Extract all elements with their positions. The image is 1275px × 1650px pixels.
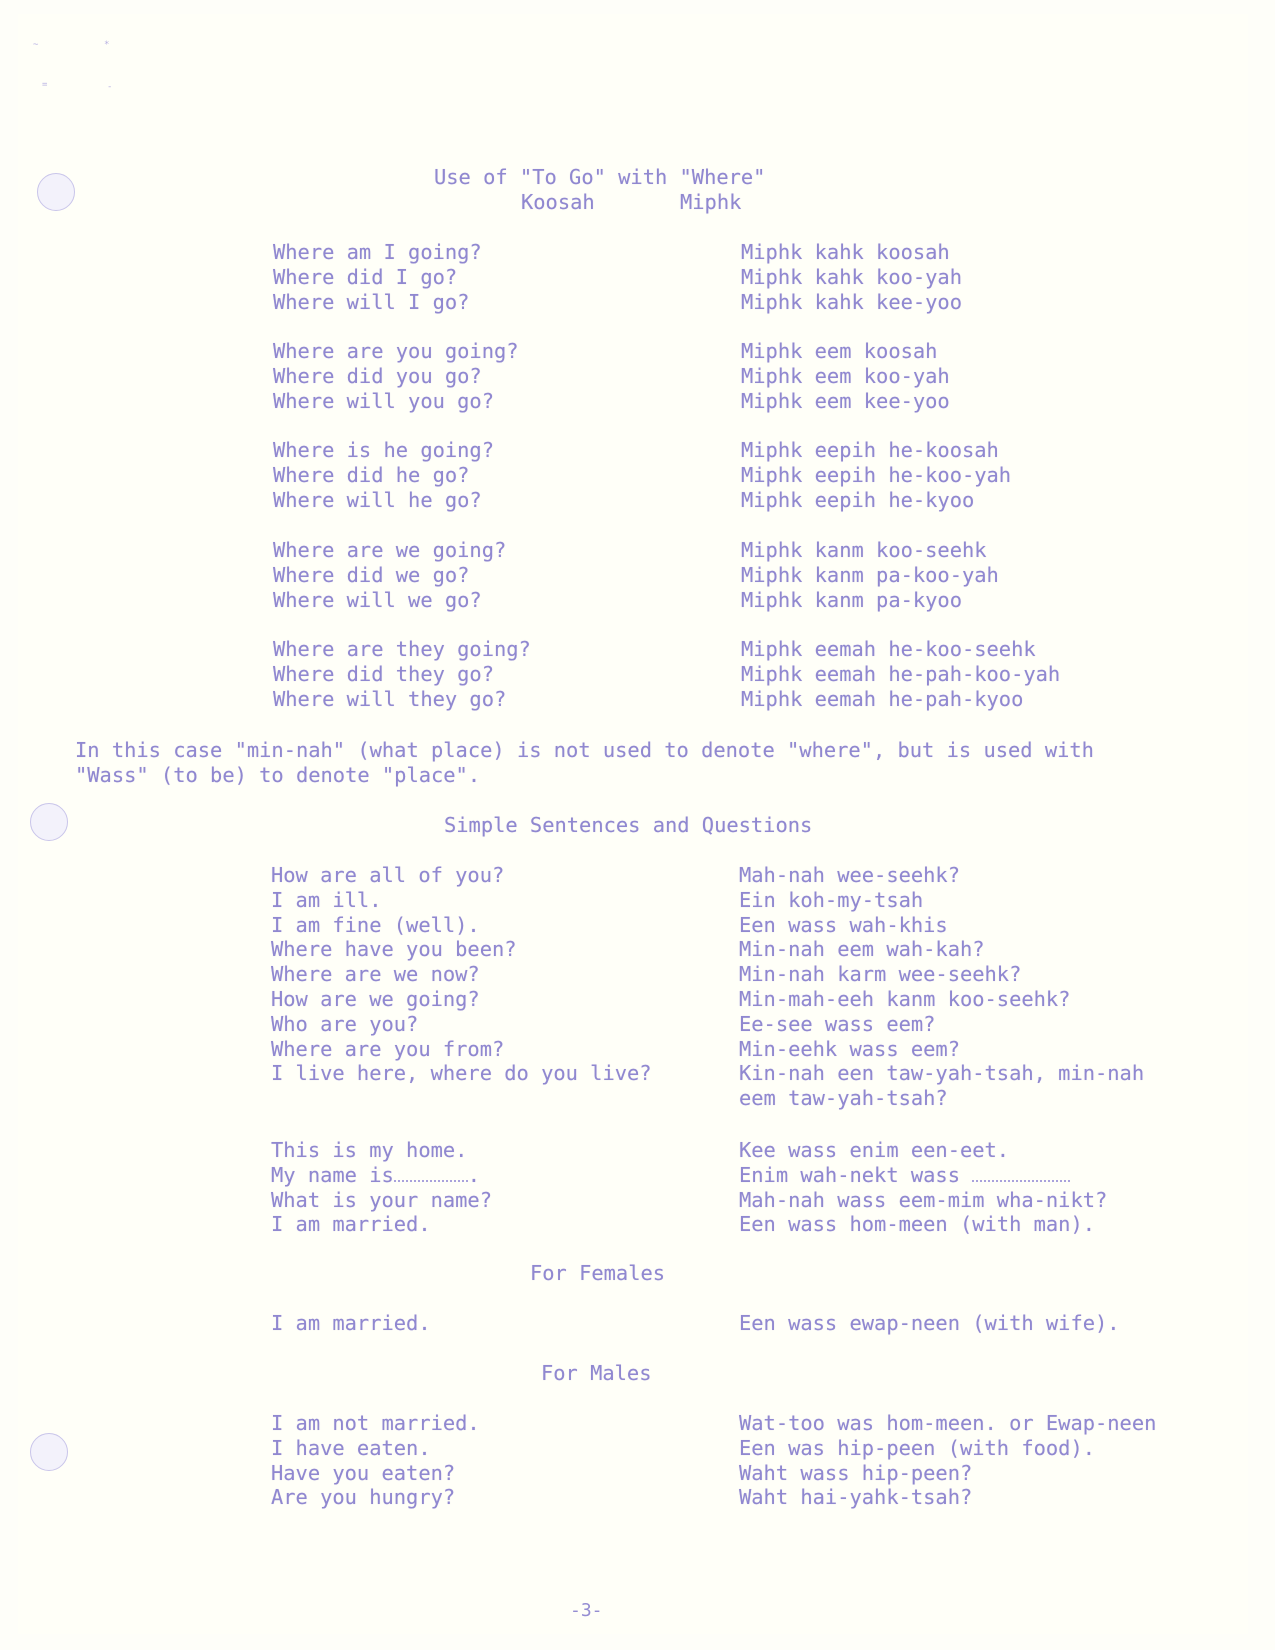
translation-phrase: Mah-nah wee-seehk? bbox=[739, 863, 960, 888]
english-phrase: My name is. bbox=[271, 1163, 480, 1188]
translation-phrase: Een was hip-peen (with food). bbox=[739, 1436, 1095, 1461]
english-phrase: Where are they going? bbox=[273, 637, 531, 662]
english-phrase: Where are we going? bbox=[273, 538, 506, 563]
translation-phrase: Miphk kahk koosah bbox=[741, 240, 950, 265]
english-phrase: Where will they go? bbox=[273, 687, 506, 712]
note-line-1: In this case "min-nah" (what place) is n… bbox=[75, 738, 1094, 763]
translation-phrase: Kee wass enim een-eet. bbox=[739, 1138, 1009, 1163]
translation-phrase: Ein koh-my-tsah bbox=[739, 888, 923, 913]
subtitle-miphk: Miphk bbox=[680, 190, 741, 215]
fill-in-blank bbox=[394, 1179, 468, 1182]
english-phrase: How are all of you? bbox=[271, 863, 504, 888]
page-number: -3- bbox=[570, 1600, 603, 1621]
translation-phrase: Kin-nah een taw-yah-tsah, min-nah bbox=[739, 1061, 1144, 1086]
translation-phrase: Min-nah karm wee-seehk? bbox=[739, 962, 1021, 987]
english-phrase: Where will I go? bbox=[273, 290, 469, 315]
translation-phrase: Miphk eepih he-koosah bbox=[741, 438, 999, 463]
translation-phrase: Een wass hom-meen (with man). bbox=[739, 1212, 1095, 1237]
translation-phrase: Min-eehk wass eem? bbox=[739, 1037, 960, 1062]
translation-phrase: Miphk eemah he-koo-seehk bbox=[741, 637, 1036, 662]
english-phrase: Where are we now? bbox=[271, 962, 480, 987]
translation-phrase: Waht hai-yahk-tsah? bbox=[739, 1485, 972, 1510]
english-phrase: I live here, where do you live? bbox=[271, 1061, 652, 1086]
translation-phrase-continued: eem taw-yah-tsah? bbox=[739, 1086, 948, 1111]
english-phrase: Where did they go? bbox=[273, 662, 494, 687]
english-phrase: Are you hungry? bbox=[271, 1485, 455, 1510]
translation-phrase: Miphk eem kee-yoo bbox=[741, 389, 950, 414]
english-phrase: I am married. bbox=[271, 1212, 431, 1237]
english-phrase: How are we going? bbox=[271, 987, 480, 1012]
english-phrase: Where will he go? bbox=[273, 488, 482, 513]
translation-phrase: Miphk eem koosah bbox=[741, 339, 937, 364]
subtitle-koosah: Koosah bbox=[521, 190, 595, 215]
english-phrase: Where did he go? bbox=[273, 463, 469, 488]
english-phrase: Where did we go? bbox=[273, 563, 469, 588]
translation-phrase: Miphk eem koo-yah bbox=[741, 364, 950, 389]
fill-in-blank bbox=[972, 1179, 1070, 1182]
translation-phrase: Miphk eepih he-koo-yah bbox=[741, 463, 1011, 488]
translation-phrase: Een wass wah-khis bbox=[739, 913, 948, 938]
english-phrase: I am ill. bbox=[271, 888, 382, 913]
english-phrase: I am not married. bbox=[271, 1411, 480, 1436]
translation-phrase: Waht wass hip-peen? bbox=[739, 1461, 972, 1486]
english-phrase: Where will we go? bbox=[273, 588, 482, 613]
translation-phrase: Enim wah-nekt wass bbox=[739, 1163, 1070, 1188]
english-phrase: This is my home. bbox=[271, 1138, 467, 1163]
hole-punch-top bbox=[37, 173, 75, 211]
section-heading-for-females: For Females bbox=[530, 1261, 665, 1286]
page-title: Use of "To Go" with "Where" bbox=[434, 165, 765, 190]
english-phrase: Have you eaten? bbox=[271, 1461, 455, 1486]
translation-phrase: Een wass ewap-neen (with wife). bbox=[739, 1311, 1120, 1336]
translation-phrase: Ee-see wass eem? bbox=[739, 1012, 935, 1037]
translation-phrase: Miphk eepih he-kyoo bbox=[741, 488, 974, 513]
stray-mark: ~ bbox=[33, 40, 38, 50]
translation-phrase: Miphk kahk koo-yah bbox=[741, 265, 962, 290]
translation-phrase: Miphk kahk kee-yoo bbox=[741, 290, 962, 315]
english-phrase: Where did you go? bbox=[273, 364, 482, 389]
stray-mark: = bbox=[42, 80, 47, 90]
english-phrase: I have eaten. bbox=[271, 1436, 431, 1461]
translation-phrase: Miphk eemah he-pah-koo-yah bbox=[741, 662, 1060, 687]
section-heading-simple-sentences: Simple Sentences and Questions bbox=[444, 813, 812, 838]
stray-mark: * bbox=[104, 40, 109, 50]
english-phrase: Where is he going? bbox=[273, 438, 494, 463]
english-phrase: Who are you? bbox=[271, 1012, 418, 1037]
translation-phrase: Miphk eemah he-pah-kyoo bbox=[741, 687, 1023, 712]
english-phrase: What is your name? bbox=[271, 1188, 492, 1213]
english-phrase: Where are you going? bbox=[273, 339, 519, 364]
note-line-2: "Wass" (to be) to denote "place". bbox=[75, 763, 480, 788]
english-phrase: I am fine (well). bbox=[271, 913, 480, 938]
hole-punch-middle bbox=[30, 803, 68, 841]
translation-phrase: Min-nah eem wah-kah? bbox=[739, 937, 985, 962]
english-phrase: Where have you been? bbox=[271, 937, 517, 962]
translation-phrase: Min-mah-eeh kanm koo-seehk? bbox=[739, 987, 1070, 1012]
hole-punch-bottom bbox=[30, 1433, 68, 1471]
english-phrase: Where am I going? bbox=[273, 240, 482, 265]
translation-phrase: Miphk kanm pa-koo-yah bbox=[741, 563, 999, 588]
translation-phrase: Wat-too was hom-meen. or Ewap-neen bbox=[739, 1411, 1156, 1436]
translation-phrase: Miphk kanm koo-seehk bbox=[741, 538, 987, 563]
english-phrase: Where did I go? bbox=[273, 265, 457, 290]
english-phrase: Where will you go? bbox=[273, 389, 494, 414]
stray-mark: - bbox=[107, 82, 112, 92]
english-phrase: Where are you from? bbox=[271, 1037, 504, 1062]
english-phrase: I am married. bbox=[271, 1311, 431, 1336]
translation-phrase: Miphk kanm pa-kyoo bbox=[741, 588, 962, 613]
section-heading-for-males: For Males bbox=[541, 1361, 652, 1386]
translation-phrase: Mah-nah wass eem-mim wha-nikt? bbox=[739, 1188, 1107, 1213]
